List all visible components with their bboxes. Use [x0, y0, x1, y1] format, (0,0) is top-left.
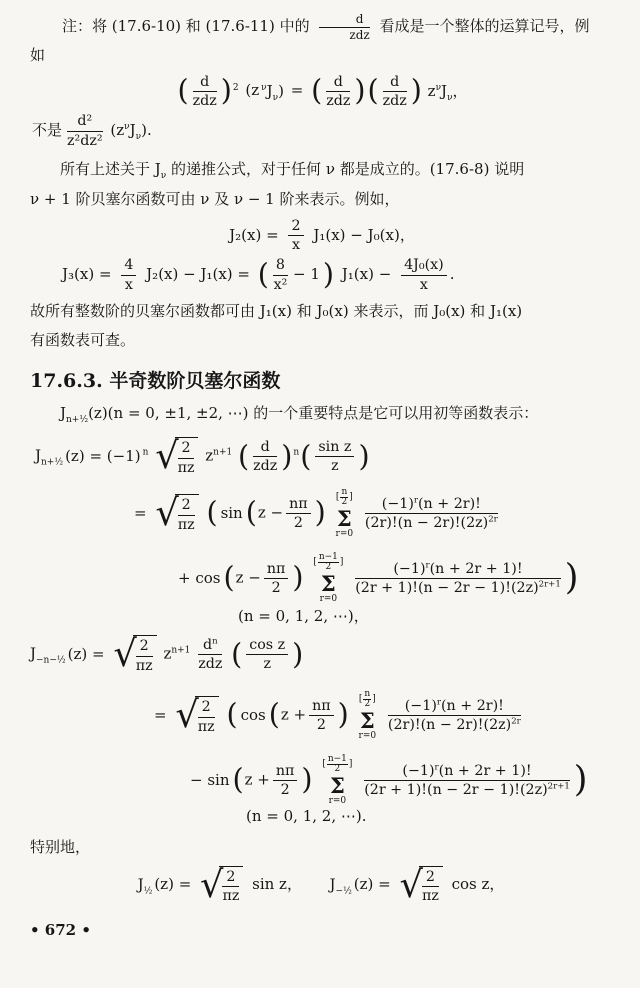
fraction-numerator: d [193, 74, 217, 92]
note-text-suffix: 看成是一个整体的运算记号，例 [379, 17, 589, 35]
fraction-denominator: x [121, 276, 136, 293]
left-paren: ( [311, 74, 322, 107]
sum-upper-limit: [n2] [359, 690, 376, 709]
square-root: √2πz [155, 437, 198, 476]
right-paren: ) [574, 759, 588, 800]
denominator-base: (2r)!(n − 2r)!(2z) [365, 515, 488, 531]
fraction-numerator: 2 [178, 497, 195, 515]
left-paren: ( [206, 496, 217, 529]
equals-sign: (z) = [68, 645, 105, 663]
power-n: n [212, 636, 218, 646]
bracket-right: ] [349, 493, 353, 502]
radicand: 2πz [219, 866, 243, 905]
comma: ， [453, 81, 468, 99]
numerator-rest: (n + 2r)! [441, 698, 504, 714]
inline-fraction-d-zdz: d zdz [319, 13, 369, 41]
sum-lower-limit: r=0 [336, 530, 354, 539]
not-text: 不是 [32, 121, 62, 139]
fraction-numerator: (−1)r(n + 2r + 1)! [355, 561, 561, 579]
j3-lhs: J₃(x) = [62, 265, 112, 283]
right-paren: ) [338, 698, 349, 731]
fraction-numerator: 2 [178, 440, 195, 458]
z-base: z [428, 81, 436, 99]
radicand: 2πz [195, 696, 219, 735]
fraction-npi-2: nπ2 [264, 561, 289, 597]
sum-lower-limit: r=0 [320, 595, 338, 604]
argument: z − [236, 569, 261, 587]
minus-sin: − sin [190, 771, 230, 789]
equals-sign: (z) = [354, 875, 391, 893]
fraction-2-piz: 2πz [222, 869, 239, 905]
radicand: 2πz [133, 635, 157, 674]
fraction-4j0-x: 4J₀(x)x [401, 257, 447, 293]
fraction-denominator: z [315, 457, 354, 474]
sub-n-half: n+½ [66, 415, 88, 425]
fraction-2-piz: 2πz [178, 497, 195, 533]
equals-minus-one: (z) = (−1) [65, 447, 141, 465]
square-root: √2πz [155, 494, 198, 533]
power-n-plus-1: n+1 [171, 646, 190, 656]
j2-rhs: J₁(x) − J₀(x)， [313, 226, 415, 244]
fraction-2-piz: 2πz [422, 869, 439, 905]
j3-mid: J₂(x) − J₁(x) = [146, 265, 250, 283]
fraction-numerator: d [319, 13, 369, 28]
right-paren: ) [221, 74, 232, 107]
minus-one: − 1 [293, 265, 320, 283]
formula-jn-half-sin-sum: = √2πz (sin(z −nπ2) [n2]Σr=0 (−1)r(n + 2… [30, 488, 614, 539]
paragraph-recurrence-line-2: ν + 1 阶贝塞尔函数可由 ν 及 ν − 1 阶来表示。例如， [30, 185, 614, 214]
summand-fraction: (−1)r(n + 2r + 1)!(2r + 1)!(n − 2r − 1)!… [364, 763, 570, 799]
book-page: 注：将 (17.6-10) 和 (17.6-11) 中的 d zdz 看成是一个… [0, 0, 640, 976]
power-n: n [143, 448, 149, 458]
square-root: √2πz [400, 866, 443, 905]
left-paren: ( [238, 440, 249, 473]
fraction-numerator: 2 [198, 699, 215, 717]
fraction-cosz-z: cos zz [246, 637, 288, 673]
numerator-rest: (n + 2r + 1)! [430, 561, 523, 577]
argument-open: (z [245, 81, 259, 99]
power-n: n [293, 448, 299, 458]
summation: [n2]Σr=0 [336, 488, 354, 539]
left-paren: ( [231, 638, 242, 671]
right-paren: ) [411, 74, 422, 107]
numerator-rest: (n + 2r)! [418, 496, 481, 512]
fraction-numerator: d [383, 74, 407, 92]
recurrence-text-c: ν + 1 阶贝塞尔函数可由 ν 及 ν − 1 阶来表示。例如， [30, 190, 400, 208]
specially-text: 特别地， [30, 838, 90, 856]
square-root: √2πz [113, 635, 156, 674]
fraction-d-zdz: dzdz [326, 74, 350, 110]
right-paren: ) [301, 763, 312, 796]
fraction-numerator: d [253, 439, 277, 457]
fraction-npi-2: nπ2 [286, 496, 311, 532]
summand-fraction: (−1)r(n + 2r)!(2r)!(n − 2r)!(2z)2r [388, 698, 521, 734]
condition-text: (n = 0, 1, 2, ⋯)， [238, 607, 369, 625]
fraction-denominator: zdz [198, 655, 222, 672]
square-root: √2πz [175, 696, 218, 735]
fraction-numerator: nπ [273, 763, 298, 781]
paragraph-half-odd-intro: Jn+½(z)(n = 0, ±1, ±2, ⋯) 的一个重要特点是它可以用初等… [30, 399, 614, 429]
sub-neg-n-half: −n−½ [36, 656, 66, 666]
radicand: 2πz [175, 437, 199, 476]
right-paren: ) [323, 258, 334, 291]
fraction-2-piz: 2πz [178, 440, 195, 476]
fraction-2-piz: 2πz [198, 699, 215, 735]
left-paren: ( [246, 496, 257, 529]
fraction-numerator: (−1)r(n + 2r)! [365, 496, 498, 514]
formula-not-this-operator: 不是d²z²dz² (zνJν). [30, 113, 614, 149]
fraction-numerator: nπ [286, 496, 311, 514]
fraction-denominator: πz [136, 657, 153, 674]
integer-orders-text-1: 故所有整数阶的贝塞尔函数都可由 J₁(x) 和 J₀(x) 来表示，而 J₀(x… [30, 302, 522, 320]
formula-jn-half: Jn+½(z) = (−1)n √2πz zn+1 (dzdz)n(sin zz… [30, 437, 614, 476]
square-root: √2πz [200, 866, 243, 905]
numerator-base: (−1) [405, 698, 437, 714]
integer-orders-text-2: 有函数表可查。 [30, 331, 135, 349]
d-base: d [203, 637, 212, 653]
paragraph-specially: 特别地， [30, 833, 614, 862]
formula-jn-half-cos-sum: + cos(z −nπ2) [n−12]Σr=0 (−1)r(n + 2r + … [30, 553, 614, 604]
plus-cos: + cos [178, 569, 220, 587]
sin-function: sin [221, 504, 243, 522]
sigma-sign: Σ [337, 507, 352, 530]
fraction-numerator: 8 [273, 257, 288, 275]
right-paren: ) [315, 496, 326, 529]
fraction-numerator: (−1)r(n + 2r)! [388, 698, 521, 716]
recurrence-text-a: 所有上述关于 [60, 160, 155, 178]
fraction-numerator: nπ [309, 698, 334, 716]
condition-text: (n = 0, 1, 2, ⋯). [246, 807, 366, 825]
bracket-right: ] [349, 760, 353, 769]
tiny-fraction: n2 [340, 488, 348, 507]
note-text-prefix: 注：将 (17.6-10) 和 (17.6-11) 中的 [62, 17, 310, 35]
fraction-denominator: (2r)!(n − 2r)!(2z)2r [365, 514, 498, 531]
paragraph-recurrence-line-1: 所有上述关于 Jν 的递推公式，对于任何 ν 都是成立的。(17.6-8) 说明 [30, 155, 614, 185]
fraction-numerator: 4 [121, 257, 136, 275]
denominator-base: (2r + 1)!(n − 2r − 1)!(2z) [355, 580, 538, 596]
fraction-numerator: cos z [246, 637, 288, 655]
period: . [450, 265, 455, 283]
fraction-denominator: zdz [193, 92, 217, 109]
fraction-denominator: πz [178, 459, 195, 476]
bracket-left: [ [336, 493, 340, 502]
sum-lower-limit: r=0 [359, 732, 377, 741]
fraction-sinz-z: sin zz [315, 439, 354, 475]
fraction-denominator: πz [422, 887, 439, 904]
right-paren: ) [281, 440, 292, 473]
formula-j-neg-n-half: J−n−½(z) = √2πz zn+1 dnzdz (cos zz) [30, 635, 614, 674]
z-base: z [205, 447, 213, 465]
summation: [n−12]Σr=0 [322, 755, 352, 806]
numerator-base: (−1) [382, 496, 414, 512]
fraction-denominator: πz [198, 718, 215, 735]
power-n-plus-1: n+1 [213, 448, 232, 458]
numerator-rest: (n + 2r + 1)! [439, 763, 532, 779]
fraction-numerator: dn [198, 637, 222, 655]
formula-j-neg-sin-sum: − sin(z +nπ2) [n−12]Σr=0 (−1)r(n + 2r + … [30, 755, 614, 806]
fraction-denominator: zdz [383, 92, 407, 109]
fraction-denominator: 2 [264, 579, 289, 596]
fraction-2-x: 2x [288, 218, 303, 254]
condition-line-1: (n = 0, 1, 2, ⋯)， [30, 608, 614, 625]
left-paren: ( [226, 698, 237, 731]
formula-j-neg-cos-sum: = √2πz (cos(z +nπ2) [n2]Σr=0 (−1)r(n + 2… [30, 690, 614, 741]
fraction-denominator: x² [273, 276, 288, 293]
power-2: 2 [233, 82, 239, 92]
fraction-2-piz: 2πz [136, 638, 153, 674]
left-paren: ( [233, 763, 244, 796]
fraction-dn-zdz: dnzdz [198, 637, 222, 673]
cos-z: cos z， [452, 875, 505, 893]
sum-upper-limit: [n2] [336, 488, 353, 507]
fraction-denominator: 2 [309, 716, 334, 733]
argument: z − [258, 504, 283, 522]
sum-upper-limit: [n−12] [322, 755, 352, 774]
fraction-numerator: d [326, 74, 350, 92]
sub-half: ½ [144, 886, 153, 896]
fraction-numerator: 4J₀(x) [401, 257, 447, 275]
equals-sign: = [291, 81, 304, 99]
fraction-denominator: zdz [253, 457, 277, 474]
summation: [n2]Σr=0 [359, 690, 377, 741]
sub-neg-half: −½ [336, 886, 352, 896]
cos-function: cos [241, 706, 266, 724]
fraction-denominator: (2r + 1)!(n − 2r − 1)!(2z)2r+1 [355, 579, 561, 596]
sub-n-half: n+½ [41, 458, 63, 468]
tiny-fraction: n−12 [327, 755, 348, 774]
summand-fraction: (−1)r(n + 2r + 1)!(2r + 1)!(n − 2r − 1)!… [355, 561, 561, 597]
equals-sign: = [134, 504, 147, 522]
fraction-denominator: zdz [326, 92, 350, 109]
page-number: • 672 • [30, 921, 614, 939]
paragraph-integer-orders-line-2: 有函数表可查。 [30, 326, 614, 355]
fraction-denominator: πz [222, 887, 239, 904]
formula-j-half-pair: J½(z) = √2πz sin z， J−½(z) = √2πz cos z， [30, 866, 614, 905]
fraction-denominator: (2r)!(n − 2r)!(2z)2r [388, 716, 521, 733]
bracket-right: ] [340, 558, 344, 567]
fraction-numerator: (−1)r(n + 2r + 1)! [364, 763, 570, 781]
bracket-left: [ [313, 558, 317, 567]
fraction-d2-z2dz2: d²z²dz² [67, 113, 103, 149]
fraction-denominator: (2r + 1)!(n − 2r − 1)!(2z)2r+1 [364, 781, 570, 798]
fraction-denominator: πz [178, 516, 195, 533]
bracket-left: [ [359, 695, 363, 704]
paragraph-integer-orders-line-1: 故所有整数阶的贝塞尔函数都可由 J₁(x) 和 J₀(x) 来表示，而 J₀(x… [30, 297, 614, 326]
fraction-8-x2: 8x² [273, 257, 288, 293]
note-paragraph-line-1: 注：将 (17.6-10) 和 (17.6-11) 中的 d zdz 看成是一个… [30, 12, 614, 41]
fraction-numerator: d² [67, 113, 103, 131]
right-paren: ) [354, 74, 365, 107]
j2-lhs: J₂(x) = [229, 226, 279, 244]
left-paren: ( [269, 698, 280, 731]
sigma-sign: Σ [321, 572, 336, 595]
fraction-numerator: 2 [136, 638, 153, 656]
power-2r-plus-1: 2r+1 [539, 579, 561, 589]
right-paren: ) [292, 561, 303, 594]
sum-upper-limit: [n−12] [313, 553, 343, 572]
j3-mid2: J₁(x) − [342, 265, 392, 283]
tiny-fraction: n2 [363, 690, 371, 709]
left-paren: ( [367, 74, 378, 107]
left-paren: ( [223, 561, 234, 594]
formula-j3: J₃(x) = 4x J₂(x) − J₁(x) = (8x²− 1) J₁(x… [30, 257, 614, 293]
summation: [n−12]Σr=0 [313, 553, 343, 604]
fraction-denominator: 2 [273, 781, 298, 798]
fraction-denominator: z²dz² [67, 132, 103, 149]
denominator-base: (2r + 1)!(n − 2r − 1)!(2z) [364, 782, 547, 798]
bracket-left: [ [322, 760, 326, 769]
argument-close: ) [278, 81, 284, 99]
argument-open: (z [110, 121, 124, 139]
sigma-sign: Σ [330, 774, 345, 797]
fraction-4-x: 4x [121, 257, 136, 293]
equals-sign: = [154, 706, 167, 724]
formula-j2: J₂(x) = 2x J₁(x) − J₀(x)， [30, 218, 614, 254]
right-paren: ) [292, 638, 303, 671]
numerator-base: (−1) [402, 763, 434, 779]
power-2r: 2r [488, 514, 498, 524]
fraction-numerator: 2 [222, 869, 239, 887]
sin-z: sin z， [252, 875, 302, 893]
right-paren: ) [358, 440, 369, 473]
tiny-fraction: n−12 [318, 553, 339, 572]
half-odd-intro-text: (z)(n = 0, ±1, ±2, ⋯) 的一个重要特点是它可以用初等函数表示… [88, 404, 538, 422]
fraction-d-zdz: dzdz [253, 439, 277, 475]
fraction-numerator: 2 [288, 218, 303, 236]
condition-line-2: (n = 0, 1, 2, ⋯). [30, 808, 614, 825]
right-paren: ) [565, 557, 579, 598]
section-heading: 17.6.3. 半奇数阶贝塞尔函数 [30, 366, 614, 393]
fraction-npi-2: nπ2 [309, 698, 334, 734]
sigma-sign: Σ [360, 709, 375, 732]
argument: z + [281, 706, 306, 724]
summand-fraction: (−1)r(n + 2r)!(2r)!(n − 2r)!(2z)2r [365, 496, 498, 532]
left-paren: ( [300, 440, 311, 473]
fraction-npi-2: nπ2 [273, 763, 298, 799]
fraction-d-zdz: dzdz [383, 74, 407, 110]
recurrence-text-b: 的递推公式，对于任何 ν 都是成立的。(17.6-8) 说明 [166, 160, 524, 178]
fraction-denominator: x [288, 236, 303, 253]
left-paren: ( [258, 258, 269, 291]
power-2r: 2r [511, 716, 521, 726]
formula-operator-identity: (dzdz)2 (zνJν) = (dzdz)(dzdz) zνJν， [30, 74, 614, 110]
denominator-base: (2r)!(n − 2r)!(2z) [388, 717, 511, 733]
power-2r-plus-1: 2r+1 [548, 781, 570, 791]
note-paragraph-line-2: 如 [30, 41, 614, 70]
argument: z + [245, 771, 270, 789]
fraction-denominator: z [246, 655, 288, 672]
fraction-d-zdz: dzdz [193, 74, 217, 110]
fraction-denominator: zdz [319, 28, 369, 42]
sum-lower-limit: r=0 [329, 797, 347, 806]
fraction-numerator: nπ [264, 561, 289, 579]
numerator-base: (−1) [393, 561, 425, 577]
left-paren: ( [177, 74, 188, 107]
radicand: 2πz [175, 494, 199, 533]
fraction-numerator: 2 [422, 869, 439, 887]
equals-sign: (z) = [154, 875, 191, 893]
bracket-right: ] [372, 695, 376, 704]
fraction-denominator: x [401, 276, 447, 293]
note-wrap-char: 如 [30, 46, 45, 64]
argument-close: ). [141, 121, 152, 139]
fraction-denominator: 2 [286, 514, 311, 531]
fraction-numerator: sin z [315, 439, 354, 457]
radicand: 2πz [419, 866, 443, 905]
